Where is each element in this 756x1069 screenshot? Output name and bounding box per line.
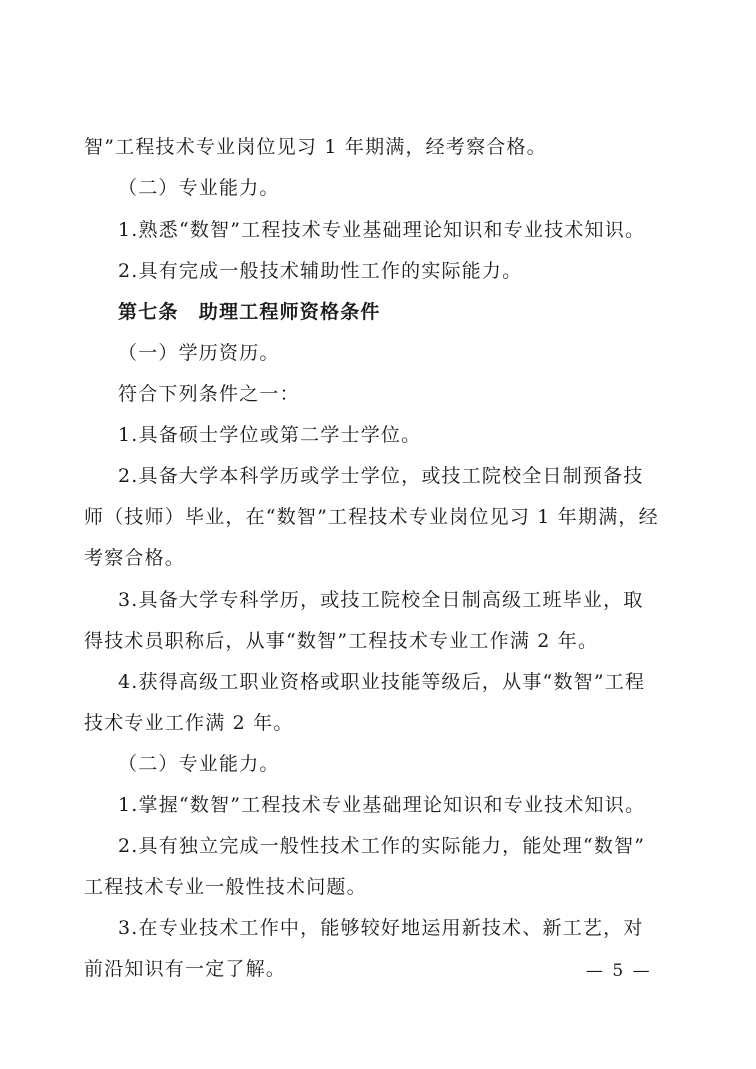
section-heading-professional-ability: （二）专业能力。 (118, 176, 280, 200)
list-item-continuation: 考察合格。 (84, 546, 185, 570)
page-number: — 5 — (586, 960, 652, 982)
list-item: 3.具备大学专科学历，或技工院校全日制高级工班毕业，取 (118, 588, 644, 612)
list-item-continuation: 得技术员职称后，从事“数智”工程技术专业工作满 2 年。 (84, 629, 598, 653)
text-line-1: 智”工程技术专业岗位见习 1 年期满，经考察合格。 (84, 135, 547, 159)
list-item: 3.在专业技术工作中，能够较好地运用新技术、新工艺，对 (118, 916, 644, 940)
list-item-continuation: 技术专业工作满 2 年。 (84, 711, 294, 735)
paragraph: 符合下列条件之一： (118, 382, 300, 406)
list-item: 2.具备大学本科学历或学士学位，或技工院校全日制预备技 (118, 464, 644, 488)
list-item: 1.具备硕士学位或第二学士学位。 (118, 423, 421, 447)
list-item-continuation: 师（技师）毕业，在“数智”工程技术专业岗位见习 1 年期满，经 (84, 505, 659, 529)
list-item: 1.掌握“数智”工程技术专业基础理论知识和专业技术知识。 (118, 793, 645, 817)
list-item: 1.熟悉“数智”工程技术专业基础理论知识和专业技术知识。 (118, 218, 645, 242)
list-item-continuation: 工程技术专业一般性技术问题。 (84, 875, 367, 899)
section-heading-professional-ability: （二）专业能力。 (118, 752, 280, 776)
list-item: 2.具有完成一般技术辅助性工作的实际能力。 (118, 259, 522, 283)
section-heading-education: （一）学历资历。 (118, 341, 280, 365)
list-item: 4.获得高级工职业资格或职业技能等级后，从事“数智”工程 (118, 670, 645, 694)
list-item-continuation: 前沿知识有一定了解。 (84, 957, 286, 981)
list-item: 2.具有独立完成一般性技术工作的实际能力，能处理“数智” (118, 834, 645, 858)
article-heading: 第七条 助理工程师资格条件 (118, 300, 381, 324)
document-page: 智”工程技术专业岗位见习 1 年期满，经考察合格。 （二）专业能力。 1.熟悉“… (0, 0, 756, 1069)
